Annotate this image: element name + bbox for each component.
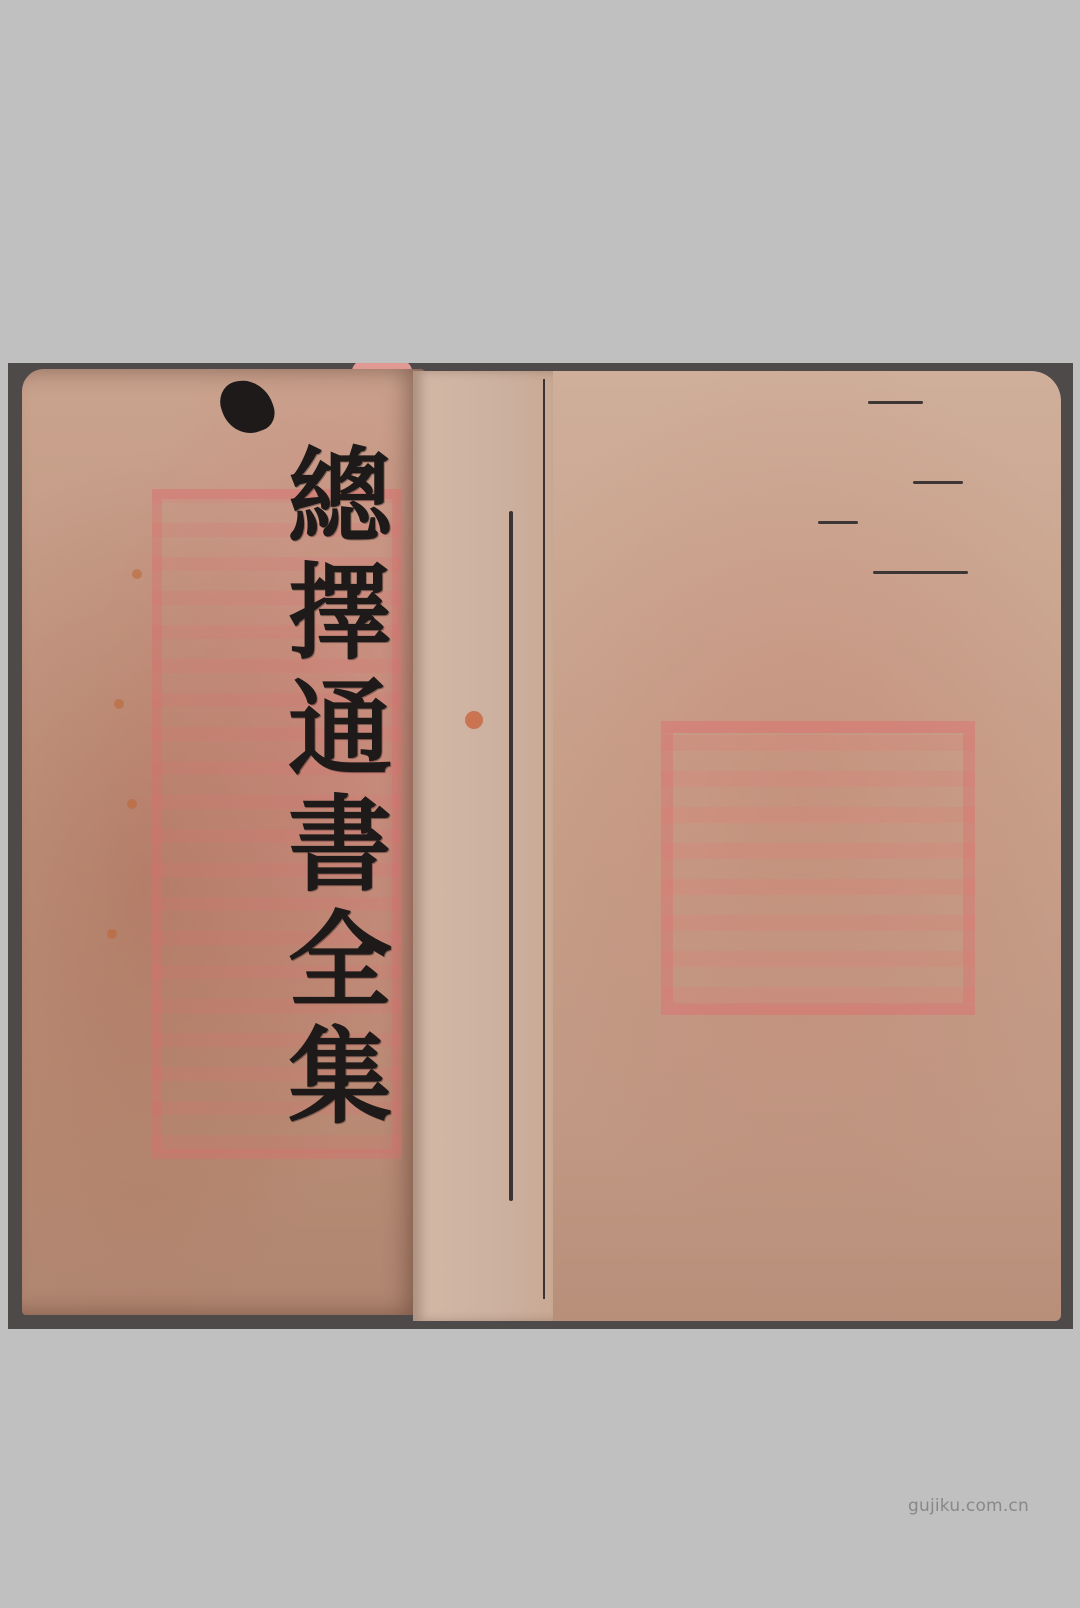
ink-blot bbox=[214, 372, 280, 441]
title-char: 總 bbox=[288, 439, 392, 555]
title-char: 擇 bbox=[288, 555, 392, 671]
front-cover: 總 擇 通 書 全 集 bbox=[22, 369, 426, 1315]
title-char: 集 bbox=[288, 1019, 392, 1135]
pen-mark bbox=[868, 401, 923, 404]
pen-mark bbox=[818, 521, 858, 524]
binding-strip bbox=[413, 371, 553, 1321]
foxing-spot bbox=[114, 699, 124, 709]
title-char: 通 bbox=[288, 671, 392, 787]
pen-mark bbox=[913, 481, 963, 484]
title-char: 書 bbox=[288, 787, 392, 903]
binding-thread bbox=[509, 511, 513, 1201]
book-photo: 總 擇 通 書 全 集 bbox=[8, 363, 1073, 1329]
foxing-spot bbox=[107, 929, 117, 939]
book-title: 總 擇 通 書 全 集 bbox=[270, 439, 410, 1135]
watermark: gujiku.com.cn bbox=[908, 1496, 1029, 1516]
foxing-spot bbox=[127, 799, 137, 809]
title-char: 全 bbox=[288, 903, 392, 1019]
foxing-spot bbox=[132, 569, 142, 579]
pen-mark bbox=[873, 571, 968, 574]
back-cover bbox=[413, 371, 1061, 1321]
stain-spot bbox=[465, 711, 483, 729]
fold-line bbox=[543, 379, 545, 1299]
red-seal-stamp-right bbox=[661, 721, 975, 1015]
